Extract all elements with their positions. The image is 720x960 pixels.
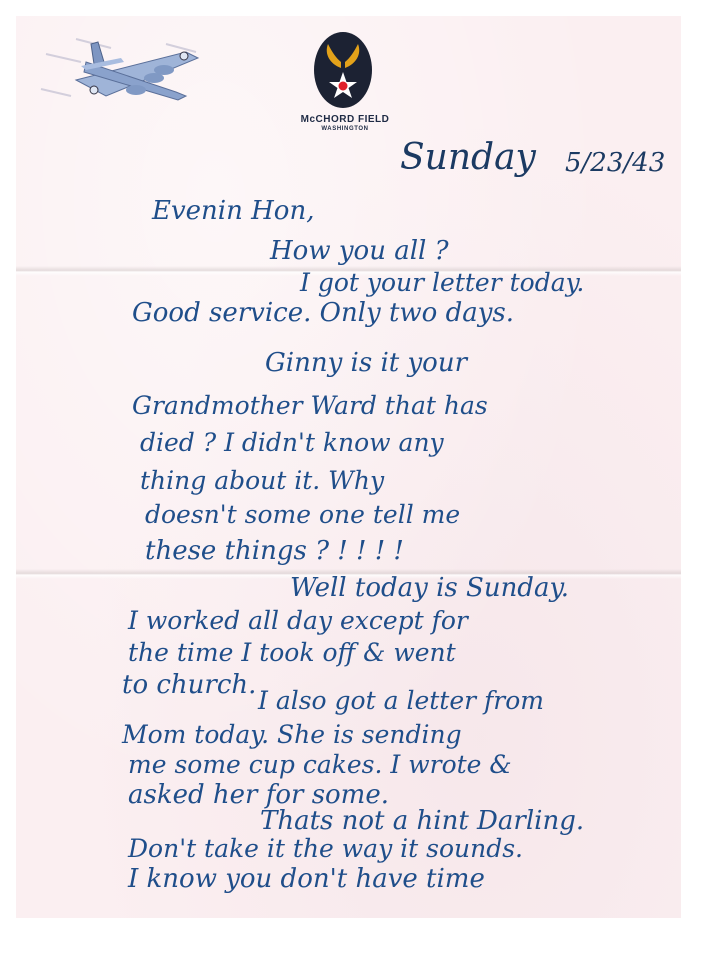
letter-line: How you all ?: [270, 238, 449, 264]
b17-bomber-plane-icon: [36, 34, 216, 114]
letter-line: Ginny is it your: [265, 350, 467, 376]
letter-line: Grandmother Ward that has: [132, 393, 488, 418]
letter-line: asked her for some.: [128, 782, 389, 808]
organization-name: McCHORD FIELD: [290, 114, 400, 125]
letter-line: the time I took off & went: [128, 640, 456, 665]
letter-line: I worked all day except for: [128, 608, 468, 633]
letter-line: Well today is Sunday.: [290, 575, 569, 601]
letter-line: Don't take it the way it sounds.: [128, 836, 523, 861]
letter-line: these things ? ! ! ! !: [145, 538, 404, 564]
letter-line: I also got a letter from: [258, 688, 544, 713]
dateline-date: 5/23/43: [565, 150, 665, 176]
letter-line: I know you don't have time: [128, 866, 485, 892]
letter-line: died ? I didn't know any: [140, 430, 444, 455]
letter-line: Mom today. She is sending: [122, 722, 462, 747]
dateline-day: Sunday: [400, 140, 536, 176]
letter-line: me some cup cakes. I wrote &: [128, 752, 512, 777]
organization-location: WASHINGTON: [290, 126, 400, 132]
letter-line: doesn't some one tell me: [145, 502, 460, 527]
letter-line: Good service. Only two days.: [132, 300, 514, 326]
letter-line: I got your letter today.: [300, 270, 584, 295]
letter-line: Thats not a hint Darling.: [260, 808, 584, 834]
army-air-forces-wings-star-icon: [312, 30, 374, 110]
letter-line: thing about it. Why: [140, 468, 384, 493]
letter-line: to church.: [122, 672, 256, 698]
salutation: Evenin Hon,: [152, 198, 314, 224]
